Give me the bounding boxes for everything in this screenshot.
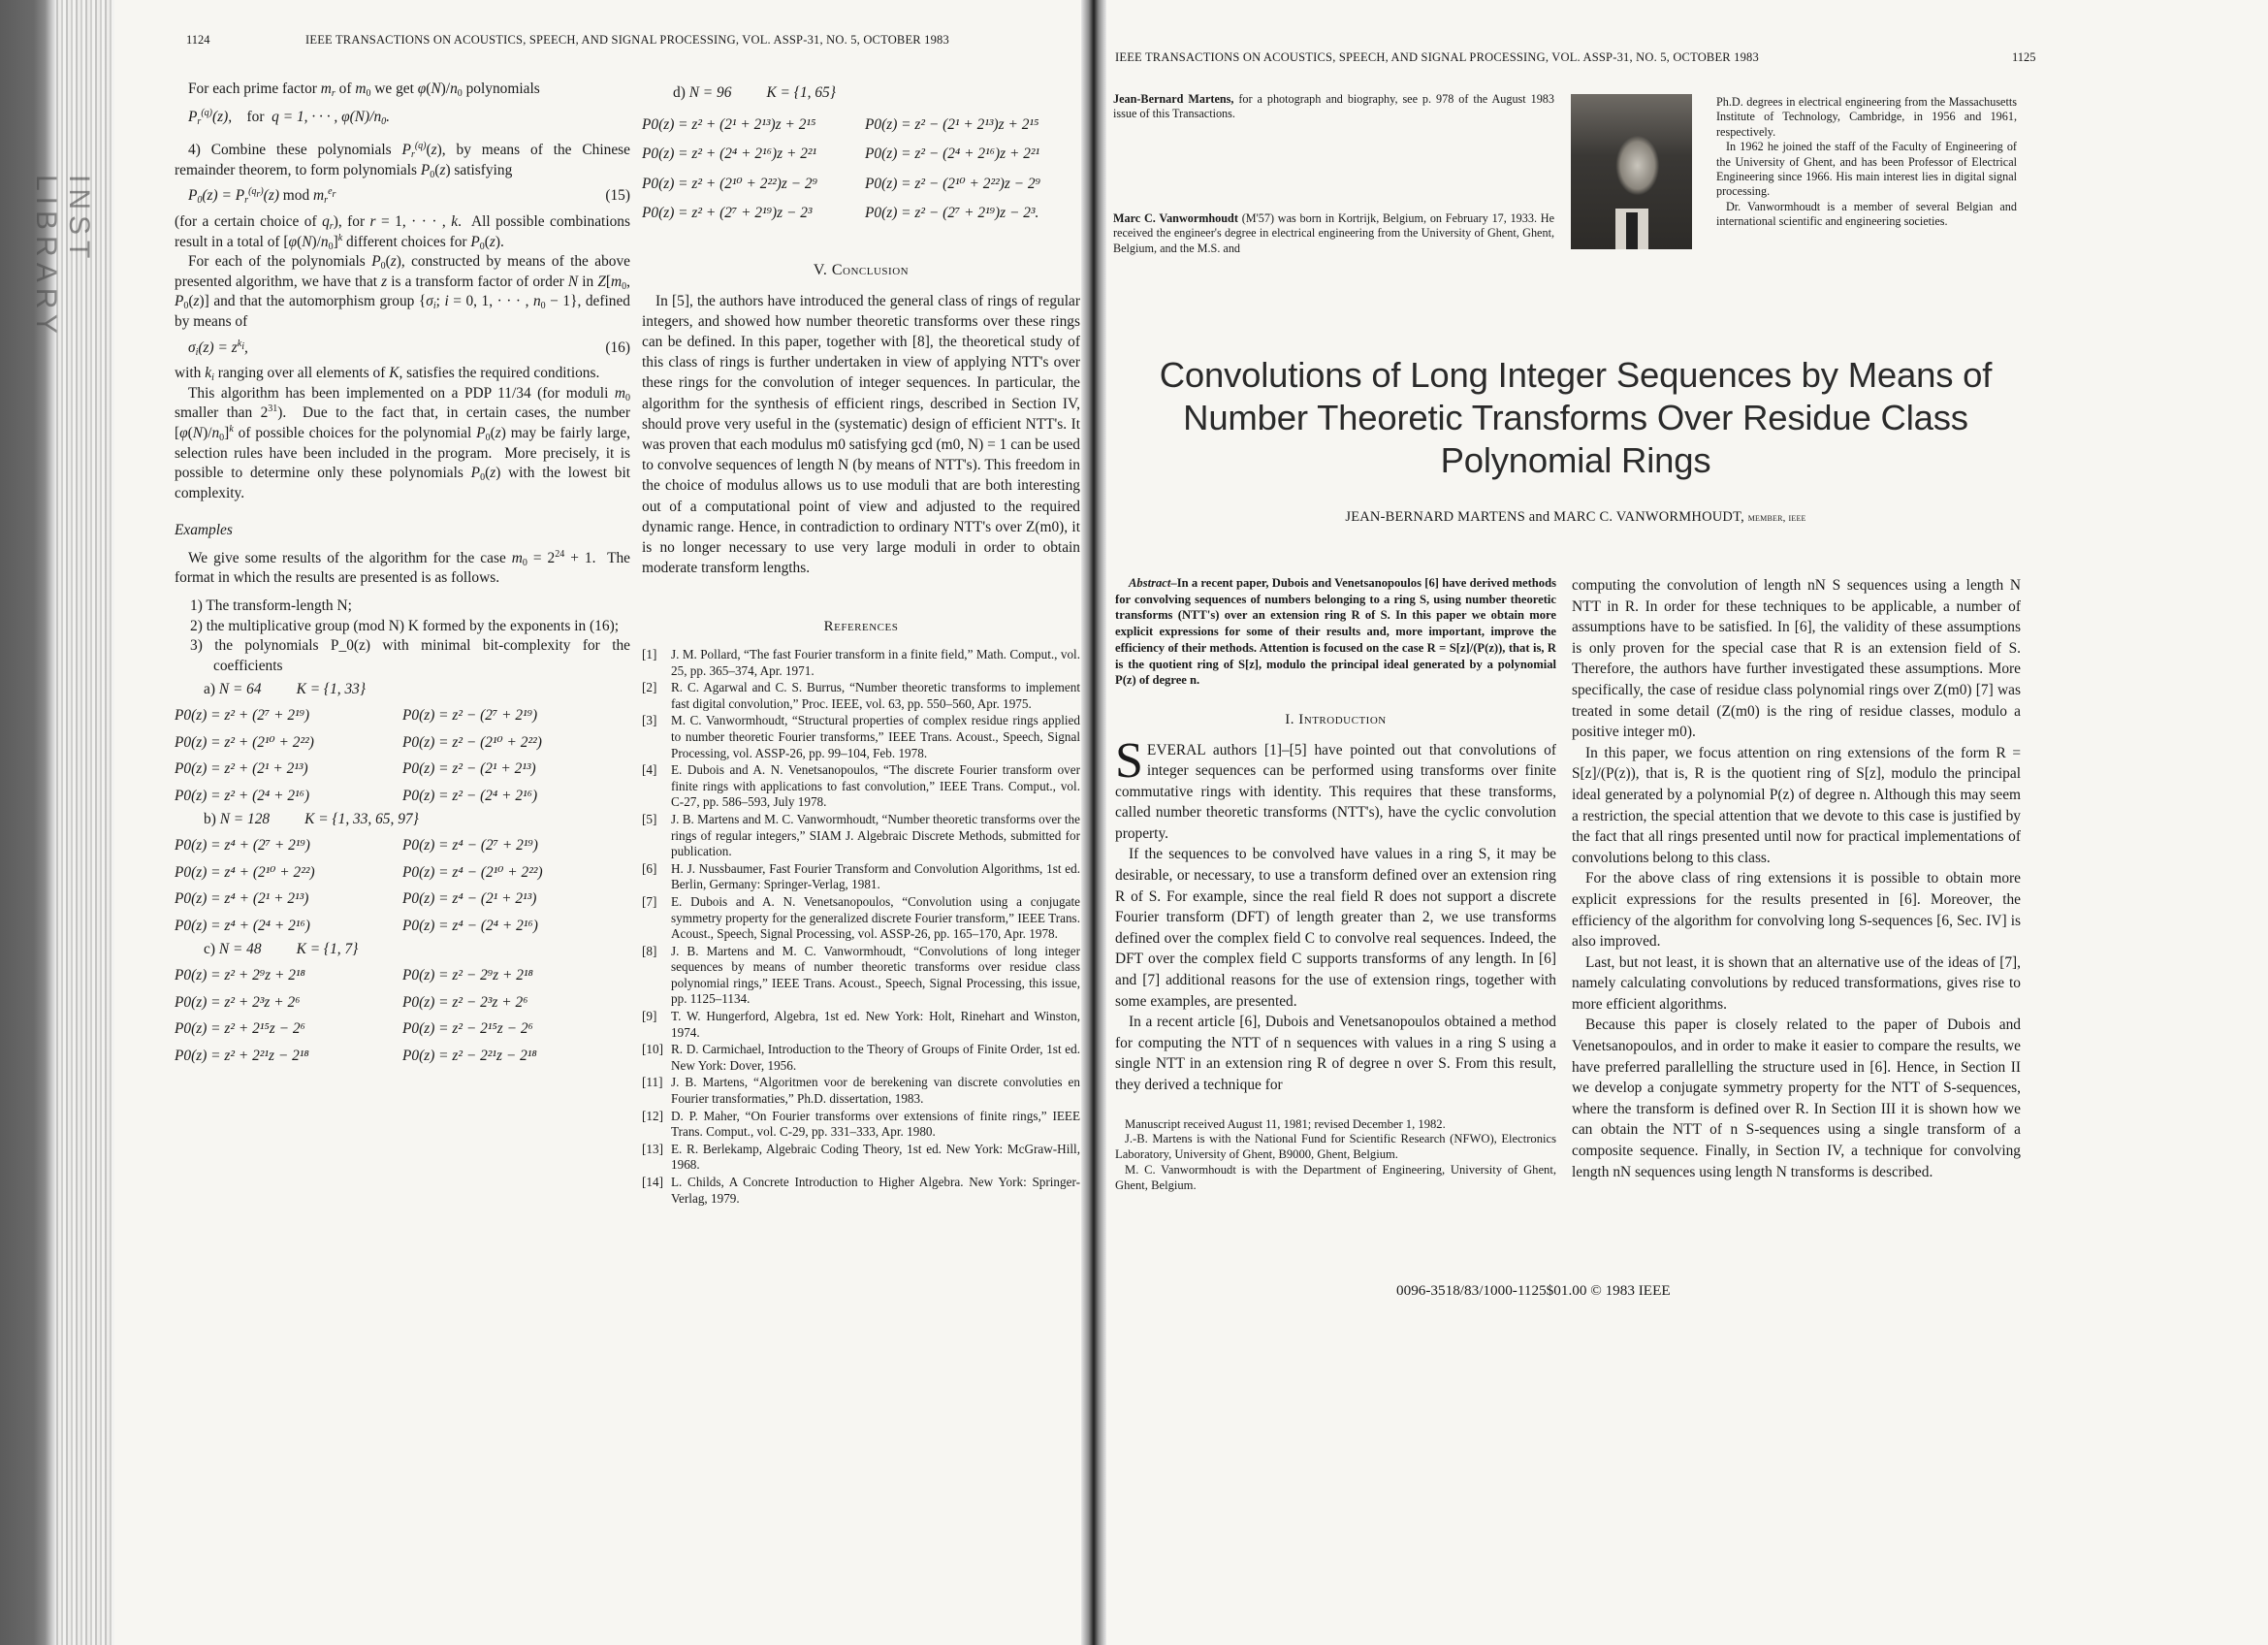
author-photo — [1571, 94, 1692, 249]
photo-tie — [1626, 212, 1638, 249]
polynomial: P0(z) = z² − (2¹ + 2¹³)z + 2¹⁵ — [865, 115, 1080, 136]
running-head: IEEE TRANSACTIONS ON ACOUSTICS, SPEECH, … — [1115, 50, 1759, 65]
polynomial: P0(z) = z⁴ − (2¹ + 2¹³) — [402, 889, 630, 910]
bio-martens: Jean-Bernard Martens, for a photograph a… — [1113, 92, 1554, 122]
polynomial: P0(z) = z² + (2¹⁰ + 2²²)z − 2⁹ — [642, 175, 857, 195]
page-number: 1124 — [186, 33, 210, 48]
polynomial: P0(z) = z⁴ + (2¹⁰ + 2²²) — [175, 863, 402, 884]
polynomial: P0(z) = z⁴ − (2⁴ + 2¹⁶) — [402, 917, 630, 937]
polynomial: P0(z) = z² − 2⁹z + 2¹⁸ — [402, 966, 630, 986]
equation-15: P0(z) = Pr(qr)(z) mod mrer (15) — [188, 186, 630, 207]
list-item: 1) The transform-length N; — [175, 597, 630, 617]
reference-item: [4]E. Dubois and A. N. Venetsanopoulos, … — [642, 762, 1080, 811]
polynomial: P0(z) = z⁴ − (2¹⁰ + 2²²) — [402, 863, 630, 884]
references-list: [1]J. M. Pollard, “The fast Fourier tran… — [642, 647, 1080, 1207]
reference-item: [9]T. W. Hungerford, Algebra, 1st ed. Ne… — [642, 1009, 1080, 1041]
footnote: J.-B. Martens is with the National Fund … — [1115, 1132, 1556, 1163]
reference-item: [3]M. C. Vanwormhoudt, “Structural prope… — [642, 713, 1080, 761]
reference-item: [2]R. C. Agarwal and C. S. Burrus, “Numb… — [642, 680, 1080, 712]
case-d-header: d) N = 96K = {1, 65} — [673, 83, 1080, 104]
polynomial: P0(z) = z² + 2³z + 2⁶ — [175, 993, 402, 1014]
polynomial: P0(z) = z⁴ + (2⁴ + 2¹⁶) — [175, 917, 402, 937]
right-col-2: computing the convolution of length nN S… — [1572, 575, 2021, 1182]
list-item: 3) the polynomials P_0(z) with minimal b… — [175, 636, 630, 676]
reference-item: [13]E. R. Berlekamp, Algebraic Coding Th… — [642, 1142, 1080, 1174]
polynomial: P0(z) = z² − (2¹ + 2¹³) — [402, 759, 630, 780]
polynomial: P0(z) = z² + (2¹⁰ + 2²²) — [175, 733, 402, 754]
abstract: Abstract–In a recent paper, Dubois and V… — [1115, 575, 1556, 689]
polynomial: P0(z) = z² + 2⁹z + 2¹⁸ — [175, 966, 402, 986]
reference-item: [8]J. B. Martens and M. C. Vanwormhoudt,… — [642, 944, 1080, 1008]
reference-item: [5]J. B. Martens and M. C. Vanwormhoudt,… — [642, 812, 1080, 860]
case-a-polynomials: P0(z) = z² + (2⁷ + 2¹⁹) P0(z) = z² − (2⁷… — [175, 706, 630, 806]
bio-vanwormhoudt: Marc C. Vanwormhoudt (M'57) was born in … — [1113, 211, 1554, 256]
paragraph: For each of the polynomials P0(z), const… — [175, 252, 630, 332]
equation-number: (16) — [605, 339, 630, 359]
right-col-1: Abstract–In a recent paper, Dubois and V… — [1115, 575, 1556, 1194]
polynomial: P0(z) = z² − 2¹⁵z − 2⁶ — [402, 1019, 630, 1040]
paragraph: 4) Combine these polynomials Pr(q)(z), b… — [175, 141, 630, 180]
left-page: 1124 IEEE TRANSACTIONS ON ACOUSTICS, SPE… — [145, 0, 1081, 1645]
polynomial: P0(z) = z² − (2¹⁰ + 2²²)z − 2⁹ — [865, 175, 1080, 195]
polynomial: P0(z) = z² + (2¹ + 2¹³)z + 2¹⁵ — [642, 115, 857, 136]
polynomial: P0(z) = z² − 2³z + 2⁶ — [402, 993, 630, 1014]
equation: Pr(q)(z), for q = 1, · · · , φ(N)/n0. — [188, 108, 630, 128]
list-item: 2) the multiplicative group (mod N) K fo… — [175, 617, 630, 637]
left-col-2: d) N = 96K = {1, 65} P0(z) = z² + (2¹ + … — [642, 80, 1080, 1208]
polynomial: P0(z) = z² − (2⁷ + 2¹⁹) — [402, 706, 630, 726]
polynomial: P0(z) = z² − (2⁴ + 2¹⁶) — [402, 787, 630, 807]
running-head: IEEE TRANSACTIONS ON ACOUSTICS, SPEECH, … — [305, 33, 949, 48]
polynomial: P0(z) = z² + (2⁴ + 2¹⁶) — [175, 787, 402, 807]
paragraph: We give some results of the algorithm fo… — [175, 549, 630, 589]
format-list: 1) The transform-length N; 2) the multip… — [175, 597, 630, 676]
examples-heading: Examples — [175, 521, 630, 541]
case-d-polynomials: P0(z) = z² + (2¹ + 2¹³)z + 2¹⁵ P0(z) = z… — [642, 115, 1080, 224]
reference-item: [1]J. M. Pollard, “The fast Fourier tran… — [642, 647, 1080, 679]
scan-binding-edge: INST LIBRARY — [0, 0, 56, 1645]
paragraph: (for a certain choice of qr), for r = 1,… — [175, 212, 630, 252]
reference-item: [14]L. Childs, A Concrete Introduction t… — [642, 1175, 1080, 1207]
case-c-polynomials: P0(z) = z² + 2⁹z + 2¹⁸ P0(z) = z² − 2⁹z … — [175, 966, 630, 1066]
polynomial: P0(z) = z² − (2¹⁰ + 2²²) — [402, 733, 630, 754]
paragraph: In this paper, we focus attention on rin… — [1572, 743, 2021, 869]
polynomial: P0(z) = z² + (2⁴ + 2¹⁶)z + 2²¹ — [642, 145, 857, 165]
library-stamp: INST LIBRARY — [56, 175, 95, 407]
footnote: M. C. Vanwormhoudt is with the Departmen… — [1115, 1163, 1556, 1194]
page-number: 1125 — [2012, 50, 2036, 65]
conclusion-paragraph: In [5], the authors have introduced the … — [642, 291, 1080, 579]
copyright-line: 0096-3518/83/1000-1125$01.00 © 1983 IEEE — [1396, 1282, 1671, 1300]
polynomial: P0(z) = z² − 2²¹z − 2¹⁸ — [402, 1047, 630, 1067]
polynomial: P0(z) = z² + (2¹ + 2¹³) — [175, 759, 402, 780]
reference-item: [12]D. P. Maher, “On Fourier transforms … — [642, 1109, 1080, 1141]
polynomial: P0(z) = z² + 2²¹z − 2¹⁸ — [175, 1047, 402, 1067]
bio-name: Marc C. Vanwormhoudt — [1113, 211, 1238, 225]
reference-item: [6]H. J. Nussbaumer, Fast Fourier Transf… — [642, 861, 1080, 893]
case-c-header: c) N = 48K = {1, 7} — [204, 940, 630, 960]
section-heading-conclusion: V. Conclusion — [642, 261, 1080, 281]
paragraph: with ki ranging over all elements of K, … — [175, 364, 630, 384]
polynomial: P0(z) = z² − (2⁷ + 2¹⁹)z − 2³. — [865, 204, 1080, 224]
polynomial: P0(z) = z² + (2⁷ + 2¹⁹)z − 2³ — [642, 204, 857, 224]
polynomial: P0(z) = z² + 2¹⁵z − 2⁶ — [175, 1019, 402, 1040]
polynomial: P0(z) = z⁴ − (2⁷ + 2¹⁹) — [402, 836, 630, 856]
case-b-header: b) N = 128K = {1, 33, 65, 97} — [204, 810, 630, 830]
footnotes: Manuscript received August 11, 1981; rev… — [1115, 1117, 1556, 1194]
polynomial: P0(z) = z⁴ + (2¹ + 2¹³) — [175, 889, 402, 910]
page-gutter — [1081, 0, 1106, 1645]
intro-paragraph-1: SEVERAL authors [1]–[5] have pointed out… — [1115, 740, 1556, 845]
paper-authors: JEAN-BERNARD MARTENS and MARC C. VANWORM… — [1110, 509, 2041, 526]
paragraph: computing the convolution of length nN S… — [1572, 575, 2021, 743]
reference-item: [11]J. B. Martens, “Algoritmen voor de b… — [642, 1075, 1080, 1107]
intro-paragraph-3: In a recent article [6], Dubois and Vene… — [1115, 1012, 1556, 1095]
bio-name: Jean-Bernard Martens, — [1113, 92, 1233, 106]
section-heading-references: References — [642, 617, 1080, 637]
abstract-label: Abstract — [1129, 576, 1170, 590]
bio-vanwormhoudt-continued: Ph.D. degrees in electrical engineering … — [1716, 95, 2017, 230]
drop-cap: S — [1115, 742, 1143, 781]
section-heading-introduction: I. Introduction — [1115, 710, 1556, 730]
paragraph: This algorithm has been implemented on a… — [175, 384, 630, 504]
intro-paragraph-2: If the sequences to be convolved have va… — [1115, 844, 1556, 1012]
equation-16: σi(z) = zki, (16) — [188, 339, 630, 359]
paragraph: Last, but not least, it is shown that an… — [1572, 952, 2021, 1016]
reference-item: [10]R. D. Carmichael, Introduction to th… — [642, 1042, 1080, 1074]
footnote: Manuscript received August 11, 1981; rev… — [1115, 1117, 1556, 1133]
paragraph: For each prime factor mr of m0 we get φ(… — [175, 80, 630, 100]
paragraph: For the above class of ring extensions i… — [1572, 868, 2021, 952]
polynomial: P0(z) = z⁴ + (2⁷ + 2¹⁹) — [175, 836, 402, 856]
polynomial: P0(z) = z² + (2⁷ + 2¹⁹) — [175, 706, 402, 726]
paper-title: Convolutions of Long Integer Sequences b… — [1110, 354, 2041, 482]
left-col-1: For each prime factor mr of m0 we get φ(… — [175, 80, 630, 1070]
polynomial: P0(z) = z² − (2⁴ + 2¹⁶)z + 2²¹ — [865, 145, 1080, 165]
reference-item: [7]E. Dubois and A. N. Venetsanopoulos, … — [642, 894, 1080, 943]
case-b-polynomials: P0(z) = z⁴ + (2⁷ + 2¹⁹) P0(z) = z⁴ − (2⁷… — [175, 836, 630, 936]
equation-number: (15) — [605, 186, 630, 207]
case-a-header: a) N = 64K = {1, 33} — [204, 680, 630, 700]
paragraph: Because this paper is closely related to… — [1572, 1015, 2021, 1182]
